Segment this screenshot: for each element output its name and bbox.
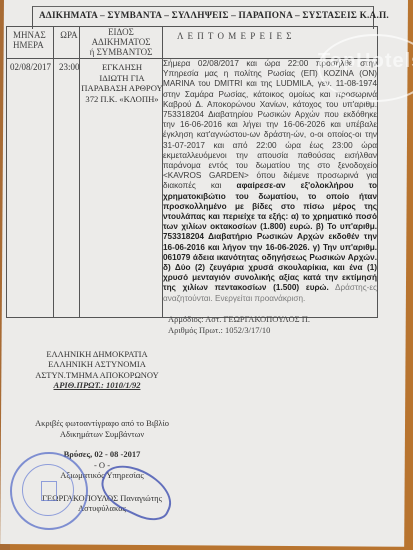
authority-line: ΑΣΤΥΝ.ΤΜΗΜΑ ΑΠΟΚΟΡΩΝΟΥ xyxy=(22,370,172,380)
certification-line: Αδικημάτων Συμβάντων xyxy=(22,429,182,440)
authority-line: ΕΛΛΗΝΙΚΗ ΔΗΜΟΚΡΑΤΙΑ xyxy=(22,349,172,359)
form-title: ΑΔΙΚΗΜΑΤΑ – ΣΥΜΒΑΝΤΑ – ΣΥΛΛΗΨΕΙΣ – ΠΑΡΑΠ… xyxy=(39,11,389,21)
record-type-line: ΕΓΚΛΗΣΗ xyxy=(81,62,163,73)
record-date: 02/08/2017 xyxy=(10,62,51,73)
column-divider xyxy=(53,27,54,317)
record-time: 23:00 xyxy=(59,62,80,73)
authority-protocol-number: ΑΡΙΘ.ΠΡΩΤ.: 1010/1/92 xyxy=(22,380,172,390)
header-details: Λ Ε Π Τ Ο Μ Ε Ρ Ε Ι Ε Σ xyxy=(177,31,292,41)
certification-line: Ακριβές φωτοαντίγραφο από το Βιβλίο xyxy=(22,418,182,429)
header-month: ΜΗΝΑΣ xyxy=(13,30,57,40)
record-type-line: 372 Π.Κ. «ΚΛΟΠΗ» xyxy=(81,94,163,105)
header-type-line: ή ΣΥΜΒΑΝΤΟΣ xyxy=(81,47,161,57)
record-type-line: ΠΑΡΑΒΑΣΗ ΑΡΘΡΟΥ xyxy=(81,83,163,94)
stamp-emblem-icon xyxy=(41,481,57,501)
authority-line: ΕΛΛΗΝΙΚΗ ΑΣΤΥΝΟΜΙΑ xyxy=(22,359,172,369)
stamp-inner-ring xyxy=(22,464,74,516)
header-type-line: ΑΔΙΚΗΜΑΤΟΣ xyxy=(81,37,161,47)
responsible-officer: Αρμόδιος: Αστ. ΓΕΩΡΓΑΚΟΠΟΥΛΟΣ Π. xyxy=(168,314,310,325)
record-type: ΕΓΚΛΗΣΗ ΙΔΙΩΤΗ ΓΙΑ ΠΑΡΑΒΑΣΗ ΑΡΘΡΟΥ 372 Π… xyxy=(81,62,163,104)
authority-header: ΕΛΛΗΝΙΚΗ ΔΗΜΟΚΡΑΤΙΑ ΕΛΛΗΝΙΚΗ ΑΣΤΥΝΟΜΙΑ Α… xyxy=(22,349,172,391)
header-type: ΕΙΔΟΣ ΑΔΙΚΗΜΑΤΟΣ ή ΣΥΜΒΑΝΤΟΣ xyxy=(81,27,161,57)
record-type-line: ΙΔΙΩΤΗ ΓΙΑ xyxy=(81,73,163,84)
header-day: ΗΜΕΡΑ xyxy=(13,40,57,50)
header-time: ΩΡΑ xyxy=(59,30,79,40)
police-stamp-icon xyxy=(10,452,88,530)
officer-block: Αρμόδιος: Αστ. ΓΕΩΡΓΑΚΟΠΟΥΛΟΣ Π. Αριθμός… xyxy=(168,314,310,336)
header-month-day: ΜΗΝΑΣ ΗΜΕΡΑ xyxy=(9,30,57,50)
details-text-part2: αφαίρεσε-αν εξ'ολοκλήρου το χρηματοκιβώτ… xyxy=(163,181,377,292)
watermark-text: TopHotels xyxy=(318,50,413,73)
record-protocol-number: Αριθμός Πρωτ.: 1052/3/17/10 xyxy=(168,325,310,336)
header-type-line: ΕΙΔΟΣ xyxy=(81,27,161,37)
